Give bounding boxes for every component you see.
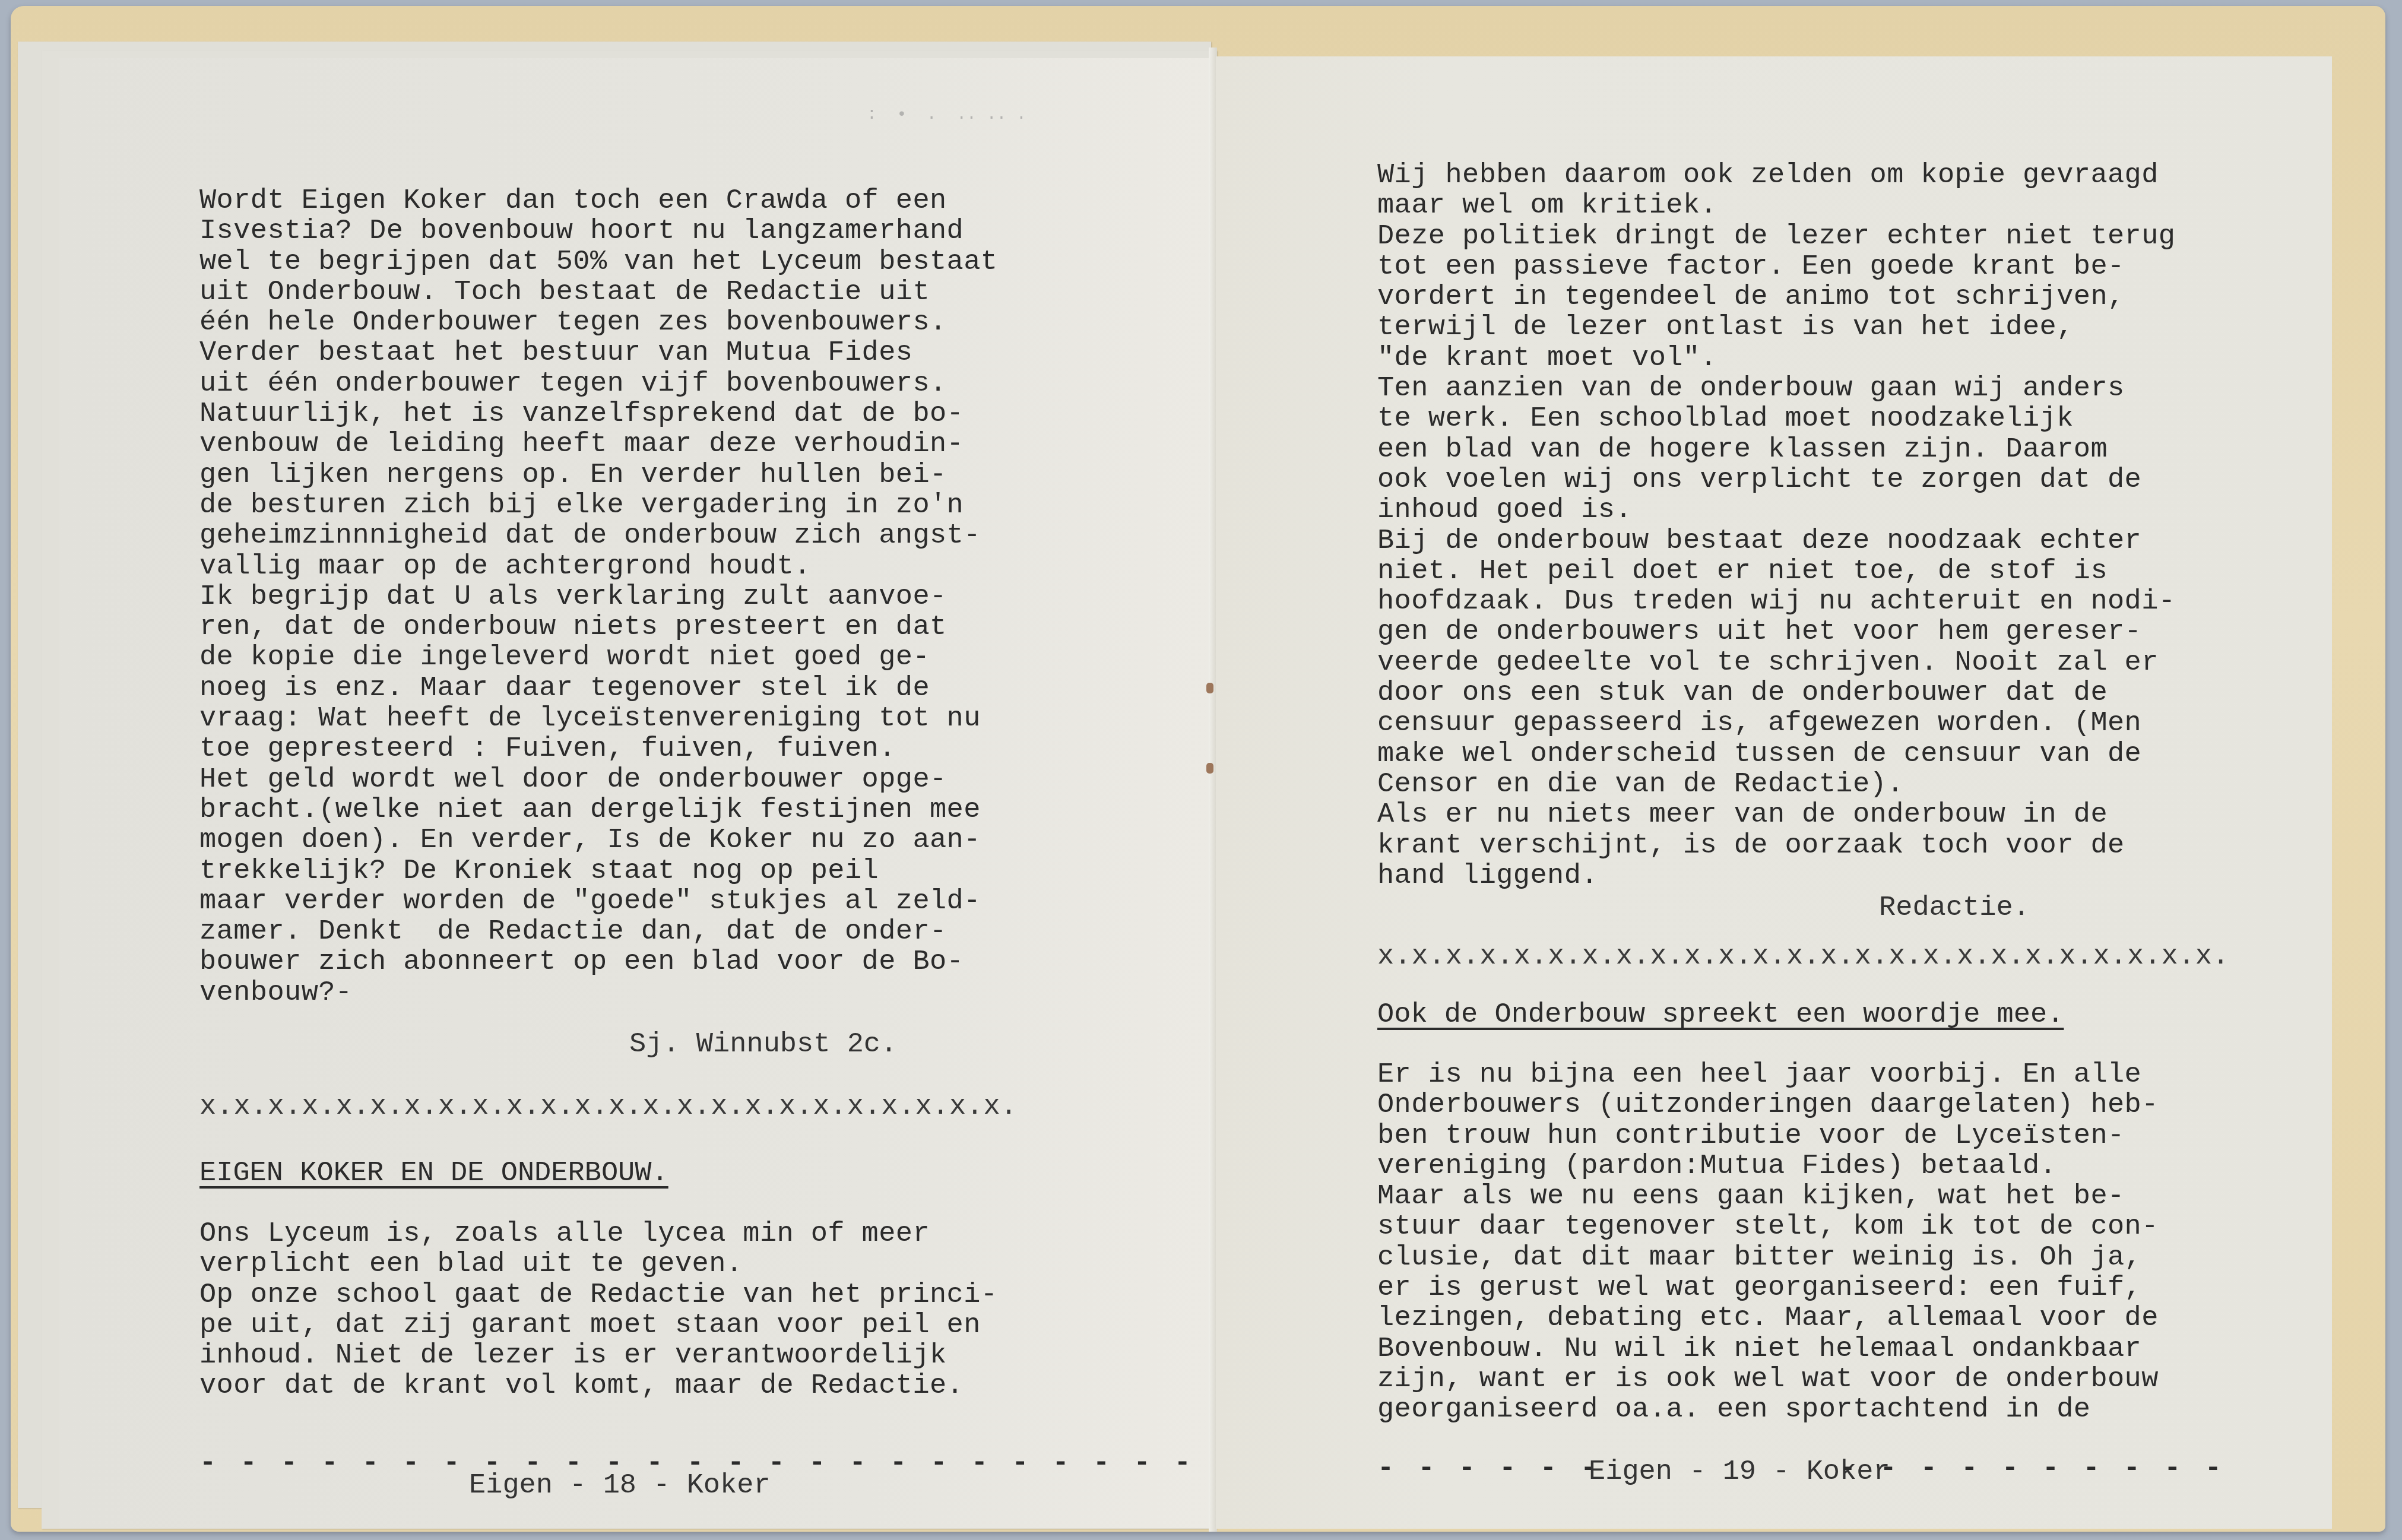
text-line: noeg is enz. Maar daar tegenover stel ik… (199, 673, 997, 704)
text-line: zamer. Denkt de Redactie dan, dat de ond… (199, 917, 997, 947)
article-heading: EIGEN KOKER EN DE ONDERBOUW. (199, 1158, 668, 1189)
text-line: Ik begrijp dat U als verklaring zult aan… (199, 582, 997, 612)
text-line: Het geld wordt wel door de onderbouwer o… (199, 765, 997, 795)
page-footer: Eigen - 18 - Koker (469, 1470, 771, 1501)
text-line: uit Onderbouw. Toch bestaat de Redactie … (199, 277, 997, 308)
print-noise: : • . .. .. . (867, 106, 1026, 124)
text-line: make wel onderscheid tussen de censuur v… (1377, 739, 2175, 769)
text-line: er is gerust wel wat georganiseerd: een … (1377, 1273, 2159, 1303)
text-line: Censor en die van de Redactie). (1377, 769, 2175, 800)
text-line: tot een passieve factor. Een goede krant… (1377, 252, 2175, 282)
article-heading: Ook de Onderbouw spreekt een woordje mee… (1377, 999, 2064, 1031)
text-line: Ons Lyceum is, zoals alle lycea min of m… (199, 1219, 997, 1249)
text-line: Verder bestaat het bestuur van Mutua Fid… (199, 338, 997, 368)
text-line: Isvestia? De bovenbouw hoort nu langzame… (199, 216, 997, 246)
text-line: Natuurlijk, het is vanzelfsprekend dat d… (199, 399, 997, 429)
text-line: de kopie die ingeleverd wordt niet goed … (199, 642, 997, 673)
text-line: Wij hebben daarom ook zelden om kopie ge… (1377, 160, 2175, 191)
text-line: geheimzinnnigheid dat de onderbouw zich … (199, 521, 997, 551)
text-line: venbouw de leiding heeft maar deze verho… (199, 429, 997, 460)
text-line: ben trouw hun contributie voor de Lyceïs… (1377, 1121, 2159, 1151)
separator-row: x.x.x.x.x.x.x.x.x.x.x.x.x.x.x.x.x.x.x.x.… (1377, 941, 2229, 972)
text-line: Ten aanzien van de onderbouw gaan wij an… (1377, 373, 2175, 404)
text-line: krant verschijnt, is de oorzaak toch voo… (1377, 831, 2175, 861)
text-line: trekkelijk? De Kroniek staat nog op peil (199, 856, 997, 886)
letter-body: Wordt Eigen Koker dan toch een Crawda of… (199, 186, 997, 1008)
text-line: pe uit, dat zij garant moet staan voor p… (199, 1310, 997, 1341)
text-line: Op onze school gaat de Redactie van het … (199, 1280, 997, 1310)
text-line: een blad van de hogere klassen zijn. Daa… (1377, 435, 2175, 465)
text-line: Als er nu niets meer van de onderbouw in… (1377, 800, 2175, 830)
text-line: gen de onderbouwers uit het voor hem ger… (1377, 617, 2175, 647)
text-line: georganiseerd oa.a. een sportachtend in … (1377, 1395, 2159, 1425)
article-body: Ons Lyceum is, zoals alle lycea min of m… (199, 1219, 997, 1402)
text-line: inhoud. Niet de lezer is er verantwoorde… (199, 1341, 997, 1371)
text-line: Wordt Eigen Koker dan toch een Crawda of… (199, 186, 997, 216)
right-page: Wij hebben daarom ook zelden om kopie ge… (1216, 56, 2332, 1529)
text-line: vereniging (pardon:Mutua Fides) betaald. (1377, 1151, 2159, 1181)
text-line: terwijl de lezer ontlast is van het idee… (1377, 312, 2175, 343)
text-line: venbouw?- (199, 978, 997, 1008)
text-line: Onderbouwers (uitzonderingen daargelaten… (1377, 1090, 2159, 1120)
text-line: verplicht een blad uit te geven. (199, 1249, 997, 1279)
text-line: mogen doen). En verder, Is de Koker nu z… (199, 825, 997, 855)
footer-rule-right: - - - - - - - - - - (1839, 1453, 2225, 1484)
footer-rule-left: - - - - - - (1377, 1453, 1601, 1484)
text-line: te werk. Een schoolblad moet noodzakelij… (1377, 404, 2175, 434)
separator-row: x.x.x.x.x.x.x.x.x.x.x.x.x.x.x.x.x.x.x.x.… (199, 1091, 1018, 1123)
text-line: Deze politiek dringt de lezer echter nie… (1377, 221, 2175, 252)
editorial-body: Wij hebben daarom ook zelden om kopie ge… (1377, 160, 2175, 891)
text-line: door ons een stuk van de onderbouwer dat… (1377, 678, 2175, 708)
text-line: maar verder worden de "goede" stukjes al… (199, 886, 997, 917)
text-line: inhoud goed is. (1377, 495, 2175, 525)
text-line: toe gepresteerd : Fuiven, fuiven, fuiven… (199, 734, 997, 764)
text-line: wel te begrijpen dat 50% van het Lyceum … (199, 247, 997, 277)
text-line: Maar als we nu eens gaan kijken, wat het… (1377, 1181, 2159, 1212)
letter-signature: Sj. Winnubst 2c. (629, 1029, 897, 1060)
text-line: Bij de onderbouw bestaat deze noodzaak e… (1377, 526, 2175, 556)
left-page: : • . .. .. . Wordt Eigen Koker dan toch… (59, 58, 1212, 1528)
text-line: één hele Onderbouwer tegen zes bovenbouw… (199, 308, 997, 338)
text-line: maar wel om kritiek. (1377, 191, 2175, 221)
text-line: vordert in tegendeel de animo tot schrij… (1377, 282, 2175, 312)
text-line: veerde gedeelte vol te schrijven. Nooit … (1377, 648, 2175, 678)
text-line: "de krant moet vol". (1377, 343, 2175, 373)
text-line: zijn, want er is ook wel wat voor de ond… (1377, 1364, 2159, 1395)
text-line: vraag: Wat heeft de lyceïstenvereniging … (199, 704, 997, 734)
text-line: voor dat de krant vol komt, maar de Reda… (199, 1371, 997, 1401)
text-line: bouwer zich abonneert op een blad voor d… (199, 947, 997, 977)
text-line: hoofdzaak. Dus treden wij nu achteruit e… (1377, 587, 2175, 617)
text-line: de besturen zich bij elke vergadering in… (199, 490, 997, 521)
text-line: vallig maar op de achtergrond houdt. (199, 552, 997, 582)
text-line: ren, dat de onderbouw niets presteert en… (199, 612, 997, 642)
text-line: uit één onderbouwer tegen vijf bovenbouw… (199, 369, 997, 399)
text-line: lezingen, debating etc. Maar, allemaal v… (1377, 1303, 2159, 1333)
staple (1206, 763, 1213, 774)
staple (1206, 683, 1213, 693)
article-body: Er is nu bijna een heel jaar voorbij. En… (1377, 1060, 2159, 1425)
text-line: gen lijken nergens op. En verder hullen … (199, 460, 997, 490)
text-line: clusie, dat dit maar bitter weinig is. O… (1377, 1243, 2159, 1273)
text-line: hand liggend. (1377, 861, 2175, 891)
text-line: stuur daar tegenover stelt, kom ik tot d… (1377, 1212, 2159, 1242)
text-line: Er is nu bijna een heel jaar voorbij. En… (1377, 1060, 2159, 1090)
editorial-signature: Redactie. (1879, 892, 2030, 924)
text-line: bracht.(welke niet aan dergelijk festijn… (199, 795, 997, 825)
text-line: ook voelen wij ons verplicht te zorgen d… (1377, 465, 2175, 495)
text-line: niet. Het peil doet er niet toe, de stof… (1377, 556, 2175, 587)
text-line: Bovenbouw. Nu wil ik niet helemaal ondan… (1377, 1334, 2159, 1364)
text-line: censuur gepasseerd is, afgewezen worden.… (1377, 708, 2175, 739)
